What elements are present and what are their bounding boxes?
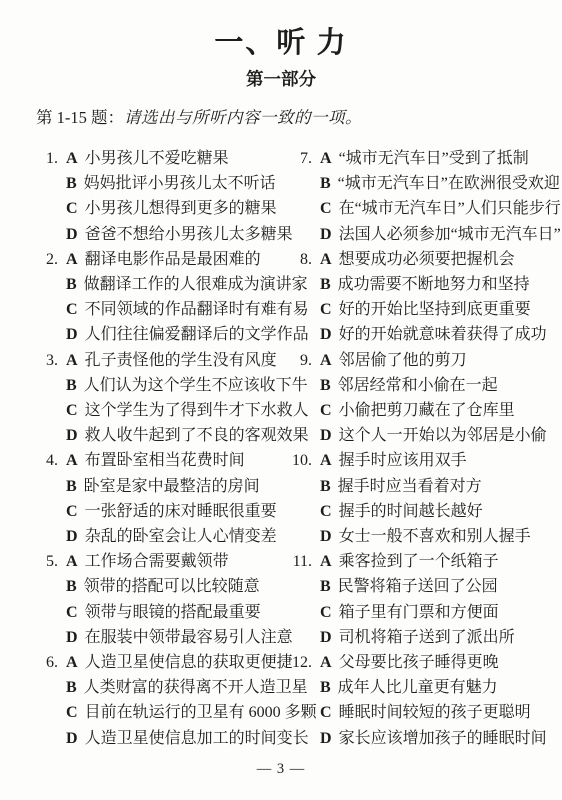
option-text: 握手的时间越长越好 (339, 503, 483, 520)
question-9: 9. A邻居偷了他的剪刀 B邻居经常和小偷在一起 C小偷把剪刀藏在了仓库里 D这… (290, 348, 526, 449)
option-text: 在服装中领带最容易引人注意 (85, 629, 293, 646)
option-text: 工作场合需要戴领带 (85, 553, 229, 570)
option-letter: D (66, 326, 78, 343)
option-letter: A (66, 352, 78, 369)
option-letter: C (320, 604, 332, 621)
option-c: C一张舒适的床对睡眠很重要 (66, 499, 290, 524)
option-letter: C (320, 704, 332, 721)
option-text: 好的开始比坚持到底更重要 (339, 301, 531, 318)
option-letter: C (320, 200, 332, 217)
option-text: 爸爸不想给小男孩儿太多糖果 (85, 226, 293, 243)
option-b: B民警将箱子送回了公园 (320, 574, 526, 599)
questions-area: 1. A小男孩儿不爱吃糖果 B妈妈批评小男孩儿太不听话 C小男孩儿想得到更多的糖… (36, 146, 526, 751)
option-letter: B (320, 276, 331, 293)
question-12: 12. A父母要比孩子睡得更晚 B成年人比儿童更有魅力 C睡眠时间较短的孩子更聪… (290, 650, 526, 751)
question-number: 4. (36, 448, 58, 549)
option-a: A邻居偷了他的剪刀 (320, 348, 547, 373)
option-a: A人造卫星使信息的获取更便捷 (66, 650, 317, 675)
option-text: 这个人一开始以为邻居是小偷 (339, 427, 547, 444)
test-paper-page: { "page": { "title": "一、听 力", "subtitle"… (0, 0, 562, 800)
option-text: 小男孩儿不爱吃糖果 (85, 150, 229, 167)
option-letter: D (66, 427, 78, 444)
option-a: A父母要比孩子睡得更晚 (320, 650, 547, 675)
option-a: A“城市无汽车日”受到了抵制 (320, 146, 561, 171)
question-4: 4. A布置卧室相当花费时间 B卧室是家中最整洁的房间 C一张舒适的床对睡眠很重… (36, 448, 290, 549)
question-options: A父母要比孩子睡得更晚 B成年人比儿童更有魅力 C睡眠时间较短的孩子更聪明 D家… (320, 650, 547, 751)
option-letter: B (66, 175, 77, 192)
question-number: 10. (290, 448, 312, 549)
option-d: D这个人一开始以为邻居是小偷 (320, 423, 547, 448)
option-text: “城市无汽车日”在欧洲很受欢迎 (338, 175, 560, 192)
option-d: D爸爸不想给小男孩儿太多糖果 (66, 222, 293, 247)
option-letter: B (66, 679, 77, 696)
question-options: A“城市无汽车日”受到了抵制 B“城市无汽车日”在欧洲很受欢迎 C在“城市无汽车… (320, 146, 561, 247)
option-letter: D (66, 226, 78, 243)
option-text: 布置卧室相当花费时间 (85, 452, 245, 469)
option-text: 女士一般不喜欢和别人握手 (339, 528, 531, 545)
option-text: 目前在轨运行的卫星有 6000 多颗 (85, 704, 317, 721)
question-options: A想要成功必须要把握机会 B成功需要不断地努力和坚持 C好的开始比坚持到底更重要… (320, 247, 547, 348)
question-number: 12. (290, 650, 312, 751)
option-text: 成功需要不断地努力和坚持 (338, 276, 530, 293)
instructions: 第 1-15 题：请选出与所听内容一致的一项。 (36, 104, 362, 128)
option-a: A小男孩儿不爱吃糖果 (66, 146, 293, 171)
option-text: 邻居偷了他的剪刀 (339, 352, 467, 369)
option-text: 领带的搭配可以比较随意 (84, 578, 260, 595)
question-10: 10. A握手时应该用双手 B握手时应当看着对方 C握手的时间越长越好 D女士一… (290, 448, 526, 549)
instructions-prefix: 第 1-15 题： (36, 108, 124, 127)
option-d: D杂乱的卧室会让人心情变差 (66, 524, 290, 549)
question-number: 6. (36, 650, 58, 751)
question-3: 3. A孔子责怪他的学生没有风度 B人们认为这个学生不应该收下牛 C这个学生为了… (36, 348, 290, 449)
option-text: 领带与眼镜的搭配最重要 (85, 604, 261, 621)
option-text: 成年人比儿童更有魅力 (338, 679, 498, 696)
option-letter: A (320, 352, 332, 369)
option-a: A孔子责怪他的学生没有风度 (66, 348, 309, 373)
option-d: D好的开始就意味着获得了成功 (320, 322, 547, 347)
option-text: 做翻译工作的人很难成为演讲家 (84, 276, 308, 293)
option-d: D法国人必须参加“城市无汽车日” (320, 222, 561, 247)
option-b: B成年人比儿童更有魅力 (320, 675, 547, 700)
option-text: 人类财富的获得离不开人造卫星 (84, 679, 308, 696)
option-b: B领带的搭配可以比较随意 (66, 574, 293, 599)
option-b: B人类财富的获得离不开人造卫星 (66, 675, 317, 700)
option-letter: C (66, 503, 78, 520)
option-letter: C (66, 604, 78, 621)
option-b: B人们认为这个学生不应该收下牛 (66, 373, 309, 398)
option-letter: B (320, 578, 331, 595)
question-number: 9. (290, 348, 312, 449)
option-text: 睡眠时间较短的孩子更聪明 (339, 704, 531, 721)
option-letter: C (320, 402, 332, 419)
question-options: A乘客捡到了一个纸箱子 B民警将箱子送回了公园 C箱子里有门票和方便面 D司机将… (320, 549, 526, 650)
option-text: 卧室是家中最整洁的房间 (84, 478, 260, 495)
option-text: 乘客捡到了一个纸箱子 (339, 553, 499, 570)
option-d: D司机将箱子送到了派出所 (320, 625, 526, 650)
option-letter: B (320, 679, 331, 696)
option-letter: D (320, 629, 332, 646)
option-text: 法国人必须参加“城市无汽车日” (339, 226, 561, 243)
option-c: C领带与眼镜的搭配最重要 (66, 600, 293, 625)
option-c: C不同领域的作品翻译时有难有易 (66, 297, 309, 322)
question-11: 11. A乘客捡到了一个纸箱子 B民警将箱子送回了公园 C箱子里有门票和方便面 … (290, 549, 526, 650)
option-letter: A (66, 654, 78, 671)
option-letter: D (320, 326, 332, 343)
option-text: 邻居经常和小偷在一起 (338, 377, 498, 394)
instructions-text: 请选出与所听内容一致的一项。 (124, 108, 362, 127)
option-a: A想要成功必须要把握机会 (320, 247, 547, 272)
option-letter: D (66, 730, 78, 747)
option-text: 民警将箱子送回了公园 (338, 578, 498, 595)
option-d: D在服装中领带最容易引人注意 (66, 625, 293, 650)
option-letter: A (320, 654, 332, 671)
option-b: B邻居经常和小偷在一起 (320, 373, 547, 398)
option-d: D救人收牛起到了不良的客观效果 (66, 423, 309, 448)
question-options: A邻居偷了他的剪刀 B邻居经常和小偷在一起 C小偷把剪刀藏在了仓库里 D这个人一… (320, 348, 547, 449)
question-number: 1. (36, 146, 58, 247)
option-d: D人们往往偏爱翻译后的文学作品 (66, 322, 309, 347)
question-options: A工作场合需要戴领带 B领带的搭配可以比较随意 C领带与眼镜的搭配最重要 D在服… (66, 549, 293, 650)
option-letter: B (66, 478, 77, 495)
questions-column-left: 1. A小男孩儿不爱吃糖果 B妈妈批评小男孩儿太不听话 C小男孩儿想得到更多的糖… (36, 146, 290, 751)
option-text: “城市无汽车日”受到了抵制 (339, 150, 529, 167)
option-letter: C (66, 200, 78, 217)
question-7: 7. A“城市无汽车日”受到了抵制 B“城市无汽车日”在欧洲很受欢迎 C在“城市… (290, 146, 526, 247)
question-options: A人造卫星使信息的获取更便捷 B人类财富的获得离不开人造卫星 C目前在轨运行的卫… (66, 650, 317, 751)
option-text: 好的开始就意味着获得了成功 (339, 326, 547, 343)
option-letter: A (320, 452, 332, 469)
question-number: 2. (36, 247, 58, 348)
page-title: 一、听 力 (0, 20, 562, 61)
option-d: D家长应该增加孩子的睡眠时间 (320, 726, 547, 751)
option-text: 人们往往偏爱翻译后的文学作品 (85, 326, 309, 343)
option-letter: C (320, 503, 332, 520)
questions-column-right: 7. A“城市无汽车日”受到了抵制 B“城市无汽车日”在欧洲很受欢迎 C在“城市… (290, 146, 526, 751)
option-letter: A (66, 251, 78, 268)
option-letter: D (320, 226, 332, 243)
option-letter: A (320, 150, 332, 167)
question-options: A小男孩儿不爱吃糖果 B妈妈批评小男孩儿太不听话 C小男孩儿想得到更多的糖果 D… (66, 146, 293, 247)
option-text: 握手时应该用双手 (339, 452, 467, 469)
option-a: A翻译电影作品是最困难的 (66, 247, 309, 272)
option-text: 父母要比孩子睡得更晚 (339, 654, 499, 671)
option-b: B做翻译工作的人很难成为演讲家 (66, 272, 309, 297)
option-letter: A (320, 251, 332, 268)
option-text: 人造卫星使信息的获取更便捷 (85, 654, 293, 671)
option-letter: B (66, 377, 77, 394)
option-d: D女士一般不喜欢和别人握手 (320, 524, 531, 549)
option-letter: B (66, 578, 77, 595)
option-b: B“城市无汽车日”在欧洲很受欢迎 (320, 171, 561, 196)
option-text: 人们认为这个学生不应该收下牛 (84, 377, 308, 394)
option-c: C好的开始比坚持到底更重要 (320, 297, 547, 322)
option-letter: D (320, 730, 332, 747)
option-a: A乘客捡到了一个纸箱子 (320, 549, 526, 574)
question-number: 5. (36, 549, 58, 650)
option-letter: D (66, 629, 78, 646)
option-text: 想要成功必须要把握机会 (339, 251, 515, 268)
option-c: C目前在轨运行的卫星有 6000 多颗 (66, 700, 317, 725)
option-text: 妈妈批评小男孩儿太不听话 (84, 175, 276, 192)
option-c: C在“城市无汽车日”人们只能步行 (320, 196, 561, 221)
question-options: A翻译电影作品是最困难的 B做翻译工作的人很难成为演讲家 C不同领域的作品翻译时… (66, 247, 309, 348)
question-number: 3. (36, 348, 58, 449)
option-c: C箱子里有门票和方便面 (320, 600, 526, 625)
option-letter: B (320, 175, 331, 192)
option-letter: D (320, 427, 332, 444)
option-text: 小偷把剪刀藏在了仓库里 (339, 402, 515, 419)
option-text: 救人收牛起到了不良的客观效果 (85, 427, 309, 444)
question-options: A布置卧室相当花费时间 B卧室是家中最整洁的房间 C一张舒适的床对睡眠很重要 D… (66, 448, 290, 549)
option-letter: C (66, 402, 78, 419)
question-1: 1. A小男孩儿不爱吃糖果 B妈妈批评小男孩儿太不听话 C小男孩儿想得到更多的糖… (36, 146, 290, 247)
option-letter: C (320, 301, 332, 318)
option-letter: C (66, 704, 78, 721)
option-text: 箱子里有门票和方便面 (339, 604, 499, 621)
option-text: 不同领域的作品翻译时有难有易 (85, 301, 309, 318)
option-letter: A (66, 553, 78, 570)
option-c: C这个学生为了得到牛才下水救人 (66, 398, 309, 423)
option-letter: B (66, 276, 77, 293)
option-text: 在“城市无汽车日”人们只能步行 (339, 200, 561, 217)
option-a: A工作场合需要戴领带 (66, 549, 293, 574)
option-text: 一张舒适的床对睡眠很重要 (85, 503, 277, 520)
option-b: B妈妈批评小男孩儿太不听话 (66, 171, 293, 196)
question-5: 5. A工作场合需要戴领带 B领带的搭配可以比较随意 C领带与眼镜的搭配最重要 … (36, 549, 290, 650)
option-d: D人造卫星使信息加工的时间变长 (66, 726, 317, 751)
option-text: 翻译电影作品是最困难的 (85, 251, 261, 268)
option-text: 司机将箱子送到了派出所 (339, 629, 515, 646)
page-number: — 3 — (0, 761, 562, 778)
question-number: 11. (290, 549, 312, 650)
option-letter: D (66, 528, 78, 545)
option-letter: D (320, 528, 332, 545)
option-text: 杂乱的卧室会让人心情变差 (85, 528, 277, 545)
option-a: A握手时应该用双手 (320, 448, 531, 473)
section-subtitle: 第一部分 (0, 66, 562, 91)
option-letter: B (320, 377, 331, 394)
option-text: 孔子责怪他的学生没有风度 (85, 352, 277, 369)
question-number: 8. (290, 247, 312, 348)
option-text: 人造卫星使信息加工的时间变长 (85, 730, 309, 747)
option-text: 家长应该增加孩子的睡眠时间 (339, 730, 547, 747)
option-letter: B (320, 478, 331, 495)
option-a: A布置卧室相当花费时间 (66, 448, 290, 473)
option-text: 这个学生为了得到牛才下水救人 (85, 402, 309, 419)
question-options: A握手时应该用双手 B握手时应当看着对方 C握手的时间越长越好 D女士一般不喜欢… (320, 448, 531, 549)
option-c: C握手的时间越长越好 (320, 499, 531, 524)
option-letter: A (66, 452, 78, 469)
option-text: 握手时应当看着对方 (338, 478, 482, 495)
question-2: 2. A翻译电影作品是最困难的 B做翻译工作的人很难成为演讲家 C不同领域的作品… (36, 247, 290, 348)
option-text: 小男孩儿想得到更多的糖果 (85, 200, 277, 217)
option-b: B卧室是家中最整洁的房间 (66, 474, 290, 499)
option-c: C小偷把剪刀藏在了仓库里 (320, 398, 547, 423)
option-letter: A (320, 553, 332, 570)
option-c: C睡眠时间较短的孩子更聪明 (320, 700, 547, 725)
question-6: 6. A人造卫星使信息的获取更便捷 B人类财富的获得离不开人造卫星 C目前在轨运… (36, 650, 290, 751)
option-c: C小男孩儿想得到更多的糖果 (66, 196, 293, 221)
option-b: B握手时应当看着对方 (320, 474, 531, 499)
question-options: A孔子责怪他的学生没有风度 B人们认为这个学生不应该收下牛 C这个学生为了得到牛… (66, 348, 309, 449)
option-letter: A (66, 150, 78, 167)
option-letter: C (66, 301, 78, 318)
question-8: 8. A想要成功必须要把握机会 B成功需要不断地努力和坚持 C好的开始比坚持到底… (290, 247, 526, 348)
question-number: 7. (290, 146, 312, 247)
option-b: B成功需要不断地努力和坚持 (320, 272, 547, 297)
